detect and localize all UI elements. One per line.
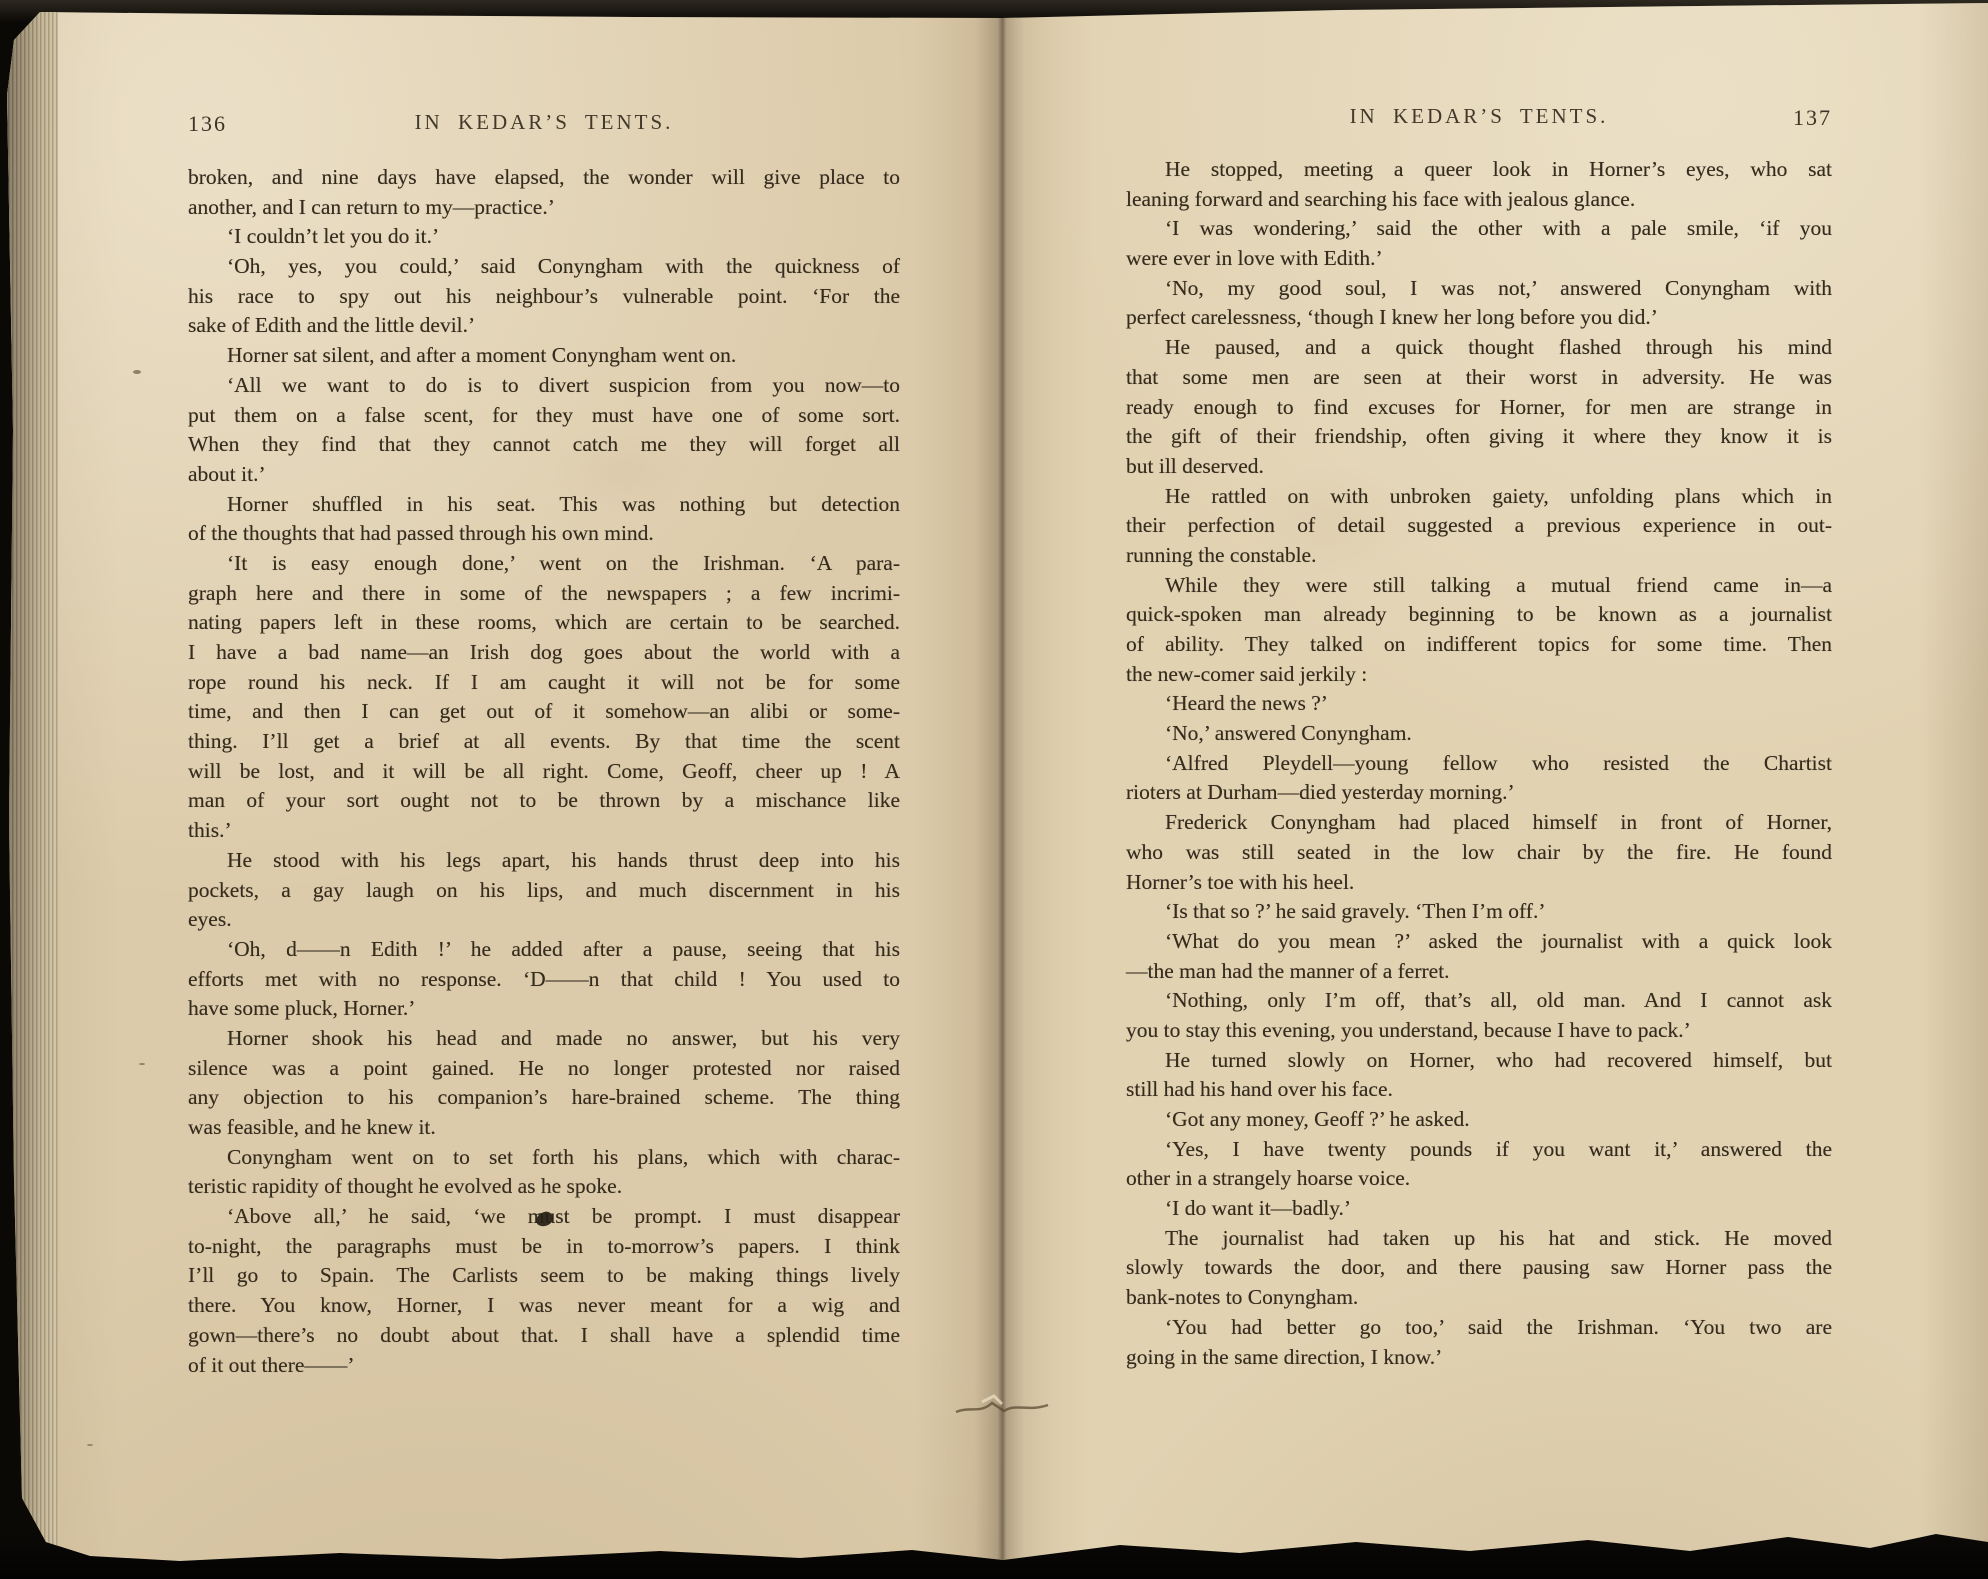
text-line: was feasible, and he knew it. (188, 1113, 900, 1143)
page-stack-edge (0, 0, 58, 1579)
text-line: efforts met with no response. ‘D——n that… (188, 965, 900, 995)
text-line: going in the same direction, I know.’ (1126, 1343, 1832, 1373)
text-line: this.’ (188, 816, 900, 846)
text-line: of the thoughts that had passed through … (188, 519, 900, 549)
text-line: there. You know, Horner, I was never mea… (188, 1291, 900, 1321)
text-line: ‘Got any money, Geoff ?’ he asked. (1126, 1105, 1832, 1135)
text-line: silence was a point gained. He no longer… (188, 1054, 900, 1084)
page-number: 137 (1793, 105, 1832, 131)
text-line: other in a strangely hoarse voice. (1126, 1164, 1832, 1194)
text-line: He turned slowly on Horner, who had reco… (1126, 1046, 1832, 1076)
text-line: He stopped, meeting a queer look in Horn… (1126, 155, 1832, 185)
text-line: their perfection of detail suggested a p… (1126, 511, 1832, 541)
text-line: running the constable. (1126, 541, 1832, 571)
text-line: ‘I couldn’t let you do it.’ (188, 222, 900, 252)
text-line: ‘It is easy enough done,’ went on the Ir… (188, 549, 900, 579)
text-line: When they find that they cannot catch me… (188, 430, 900, 460)
text-line: ‘Alfred Pleydell—young fellow who resist… (1126, 749, 1832, 779)
text-line: ‘All we want to do is to divert suspicio… (188, 371, 900, 401)
paper-specks (133, 370, 141, 374)
text-line: He stood with his legs apart, his hands … (188, 846, 900, 876)
text-line: ‘Oh, yes, you could,’ said Conyngham wit… (188, 252, 900, 282)
text-line: the gift of their friendship, often givi… (1126, 422, 1832, 452)
text-line: ‘I was wondering,’ said the other with a… (1126, 214, 1832, 244)
text-line: —the man had the manner of a ferret. (1126, 957, 1832, 987)
text-line: ‘Oh, d——n Edith !’ he added after a paus… (188, 935, 900, 965)
text-line: Horner shook his head and made no answer… (188, 1024, 900, 1054)
text-line: ‘No,’ answered Conyngham. (1126, 719, 1832, 749)
text-line: Horner’s toe with his heel. (1126, 868, 1832, 898)
text-line: Conyngham went on to set forth his plans… (188, 1143, 900, 1173)
text-line: slowly towards the door, and there pausi… (1126, 1253, 1832, 1283)
text-line: nating papers left in these rooms, which… (188, 608, 900, 638)
text-line: The journalist had taken up his hat and … (1126, 1224, 1832, 1254)
text-line: ‘You had better go too,’ said the Irishm… (1126, 1313, 1832, 1343)
photo-background: 136 IN KEDAR’S TENTS. broken, and nine d… (0, 0, 1988, 1579)
text-line: ‘Is that so ?’ he said gravely. ‘Then I’… (1126, 897, 1832, 927)
text-line: put them on a false scent, for they must… (188, 401, 900, 431)
text-line: that some men are seen at their worst in… (1126, 363, 1832, 393)
text-line: He rattled on with unbroken gaiety, unfo… (1126, 482, 1832, 512)
text-line: While they were still talking a mutual f… (1126, 571, 1832, 601)
text-line: were ever in love with Edith.’ (1126, 244, 1832, 274)
text-line: perfect carelessness, ‘though I knew her… (1126, 303, 1832, 333)
page-tear (952, 1388, 1052, 1428)
text-line: pockets, a gay laugh on his lips, and mu… (188, 876, 900, 906)
text-line: the new-comer said jerkily : (1126, 660, 1832, 690)
text-line: time, and then I can get out of it someh… (188, 697, 900, 727)
text-line: eyes. (188, 905, 900, 935)
text-line: thing. I’ll get a brief at all events. B… (188, 727, 900, 757)
text-line: who was still seated in the low chair by… (1126, 838, 1832, 868)
text-line: ‘Heard the news ?’ (1126, 689, 1832, 719)
text-line: He paused, and a quick thought flashed t… (1126, 333, 1832, 363)
right-page-header: IN KEDAR’S TENTS. 137 (1126, 104, 1832, 132)
text-line: man of your sort ought not to be thrown … (188, 786, 900, 816)
text-line: ready enough to find excuses for Horner,… (1126, 393, 1832, 423)
text-line: sake of Edith and the little devil.’ (188, 311, 900, 341)
text-line: Horner sat silent, and after a moment Co… (188, 341, 900, 371)
text-line: but ill deserved. (1126, 452, 1832, 482)
text-line: teristic rapidity of thought he evolved … (188, 1172, 900, 1202)
text-line: another, and I can return to my—practice… (188, 193, 900, 223)
text-line: leaning forward and searching his face w… (1126, 185, 1832, 215)
text-line: quick-spoken man already beginning to be… (1126, 600, 1832, 630)
text-line: rioters at Durham—died yesterday morning… (1126, 778, 1832, 808)
text-line: ‘Yes, I have twenty pounds if you want i… (1126, 1135, 1832, 1165)
text-line: I’ll go to Spain. The Carlists seem to b… (188, 1261, 900, 1291)
running-head: IN KEDAR’S TENTS. (188, 110, 900, 135)
text-line: to-night, the paragraphs must be in to-m… (188, 1232, 900, 1262)
text-line: broken, and nine days have elapsed, the … (188, 163, 900, 193)
text-line: will be lost, and it will be all right. … (188, 757, 900, 787)
text-line: you to stay this evening, you understand… (1126, 1016, 1832, 1046)
text-line: ‘No, my good soul, I was not,’ answered … (1126, 274, 1832, 304)
text-line: his race to spy out his neighbour’s vuln… (188, 282, 900, 312)
text-line: rope round his neck. If I am caught it w… (188, 668, 900, 698)
text-line: graph here and there in some of the news… (188, 579, 900, 609)
text-line: ‘Nothing, only I’m off, that’s all, old … (1126, 986, 1832, 1016)
book-spread: 136 IN KEDAR’S TENTS. broken, and nine d… (0, 0, 1988, 1579)
page-number: 136 (188, 111, 227, 137)
text-line: about it.’ (188, 460, 900, 490)
text-line: bank-notes to Conyngham. (1126, 1283, 1832, 1313)
text-line: ‘What do you mean ?’ asked the journalis… (1126, 927, 1832, 957)
gutter-shadow (913, 0, 1093, 1579)
text-line: of ability. They talked on indifferent t… (1126, 630, 1832, 660)
running-head: IN KEDAR’S TENTS. (1126, 104, 1832, 129)
left-text-block: broken, and nine days have elapsed, the … (188, 163, 900, 1380)
text-line: still had his hand over his face. (1126, 1075, 1832, 1105)
text-line: Frederick Conyngham had placed himself i… (1126, 808, 1832, 838)
right-text-block: He stopped, meeting a queer look in Horn… (1126, 155, 1832, 1372)
text-line: Horner shuffled in his seat. This was no… (188, 490, 900, 520)
text-line: of it out there——’ (188, 1351, 900, 1381)
text-line: I have a bad name—an Irish dog goes abou… (188, 638, 900, 668)
left-page-header: 136 IN KEDAR’S TENTS. (188, 110, 900, 138)
text-line: ‘I do want it—badly.’ (1126, 1194, 1832, 1224)
text-line: gown—there’s no doubt about that. I shal… (188, 1321, 900, 1351)
text-line: any objection to his companion’s hare-br… (188, 1083, 900, 1113)
text-line: have some pluck, Horner.’ (188, 994, 900, 1024)
